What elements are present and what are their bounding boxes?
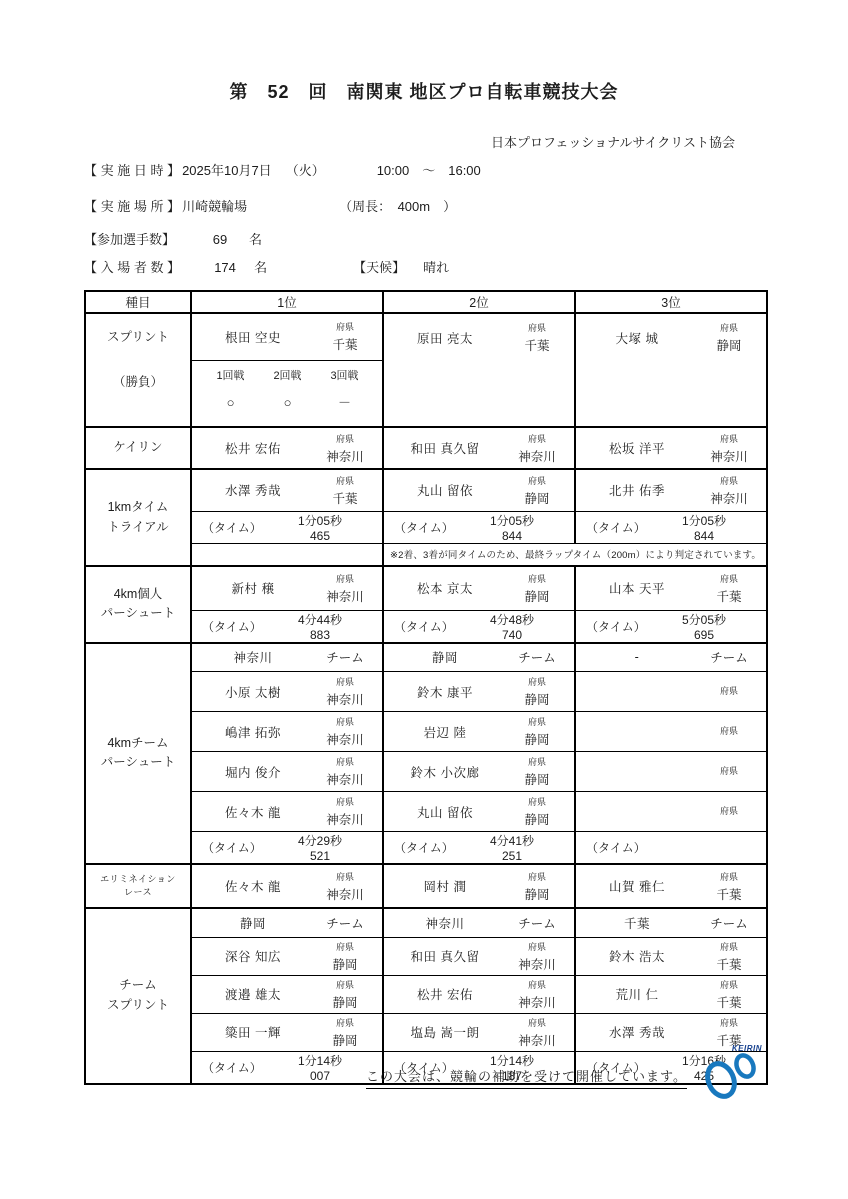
result-cell: 北井 佑季府県神奈川	[575, 469, 767, 511]
time-value: 1分05秒844	[672, 512, 766, 543]
team-cell: -チーム	[575, 643, 767, 672]
team-label: チーム	[326, 648, 364, 666]
result-cell: 松井 宏佑府県神奈川	[383, 975, 575, 1013]
keirin-logo-ring-large	[703, 1059, 740, 1100]
rider-name: 和田 真久留	[384, 439, 506, 457]
results-table: 種目 1位 2位 3位 スプリント （勝負） 根田 空史府県千葉 原田 亮太府県…	[84, 290, 768, 1085]
rider-name: 丸山 留依	[384, 803, 506, 821]
prefecture-label: 府県	[336, 870, 354, 883]
team-cell: 静岡チーム	[191, 908, 383, 937]
time-cell: （タイム）4分41秒251	[383, 832, 575, 865]
weather-label: 【天候】	[353, 260, 405, 275]
prefecture-label: 府県	[528, 432, 546, 445]
result-cell: 山賀 雅仁府県千葉	[575, 864, 767, 908]
prefecture-value: 神奈川	[710, 447, 748, 465]
rider-name: 嶋津 拓弥	[192, 723, 314, 741]
result-cell: 府県	[575, 792, 767, 832]
info-line-date: 【 実 施 日 時 】2025年10月7日（火）10:00 ～ 16:00	[84, 160, 481, 179]
time-range: 10:00 ～ 16:00	[377, 163, 481, 178]
header-event: 種目	[85, 291, 191, 313]
time-cell: （タイム）	[575, 832, 767, 865]
result-cell: 府県	[575, 712, 767, 752]
prefecture-label: 府県	[528, 795, 546, 808]
prefecture-value: 神奈川	[326, 447, 364, 465]
info-line-place: 【 実 施 場 所 】川崎競輪場（周長： 400m ）	[84, 196, 456, 215]
prefecture-value: 静岡	[524, 885, 549, 903]
event-name: トライアル	[107, 520, 168, 534]
rider-name: 岡村 潤	[384, 877, 506, 895]
time-value: 4分48秒740	[480, 611, 574, 642]
event-cell-team-sprint: チームスプリント	[85, 908, 191, 1084]
result-cell: 大塚 城府県静岡	[575, 313, 767, 427]
prefecture-value: 千葉	[332, 335, 357, 353]
team-label: チーム	[518, 648, 556, 666]
event-cell-sprint: スプリント （勝負）	[85, 313, 191, 427]
prefecture-label: 府県	[528, 321, 546, 334]
time-cell: （タイム）5分05秒695	[575, 610, 767, 643]
prefecture-label: 府県	[528, 940, 546, 953]
time-cell: （タイム）1分14秒007	[191, 1051, 383, 1084]
info-line-attendance: 【 入 場 者 数 】174名【天候】晴れ	[84, 257, 449, 276]
result-cell: 佐々木 龍府県神奈川	[191, 792, 383, 832]
event-name: パーシュート	[101, 755, 176, 769]
rider-name: 松坂 洋平	[576, 439, 698, 457]
prefecture-value: 静岡	[524, 730, 549, 748]
team-label: チーム	[518, 914, 556, 932]
prefecture-value: 神奈川	[326, 885, 364, 903]
prefecture-label: 府県	[720, 870, 738, 883]
attendance-value: 174	[202, 260, 248, 275]
team-name: 千葉	[576, 914, 698, 932]
time-label: （タイム）	[576, 618, 672, 635]
rider-name: 松本 京太	[384, 579, 506, 597]
prefecture-label: 府県	[336, 940, 354, 953]
prefecture-label: 府県	[528, 870, 546, 883]
prefecture-value: 静岡	[332, 955, 357, 973]
time-label: （タイム）	[576, 519, 672, 536]
result-cell: 根田 空史府県千葉	[191, 313, 383, 360]
prefecture-label: 府県	[336, 1016, 354, 1029]
prefecture-label: 府県	[720, 684, 738, 697]
event-name: スプリント	[107, 998, 169, 1012]
prefecture-value: 静岡	[524, 587, 549, 605]
rider-name: 塩島 嵩一朗	[384, 1023, 506, 1041]
rider-name: 水澤 秀哉	[576, 1023, 698, 1041]
time-label: （タイム）	[192, 519, 288, 536]
rider-name: 新村 穣	[192, 579, 314, 597]
prefecture-value: 千葉	[716, 885, 741, 903]
round-result: －	[316, 392, 373, 411]
prefecture-value: 神奈川	[518, 993, 556, 1011]
prefecture-value: 神奈川	[326, 690, 364, 708]
rider-name: 大塚 城	[576, 329, 698, 347]
prefecture-label: 府県	[336, 675, 354, 688]
lap-length: （周長： 400m ）	[339, 199, 456, 214]
attendance-unit: 名	[254, 260, 267, 275]
rider-name: 山賀 雅仁	[576, 877, 698, 895]
table-row: 4kmチームパーシュート 神奈川チーム 静岡チーム -チーム	[85, 643, 767, 672]
event-subname: （勝負）	[86, 361, 190, 405]
prefecture-label: 府県	[720, 432, 738, 445]
table-row: 4km個人パーシュート 新村 穣府県神奈川 松本 京太府県静岡 山本 天平府県千…	[85, 566, 767, 610]
rider-name: 松井 宏佑	[384, 985, 506, 1003]
event-cell-individual-pursuit: 4km個人パーシュート	[85, 566, 191, 643]
rider-name: 小原 太樹	[192, 683, 314, 701]
prefecture-value: 千葉	[716, 587, 741, 605]
result-cell: 松井 宏佑府県神奈川	[191, 427, 383, 469]
rider-name: 佐々木 龍	[192, 803, 314, 821]
team-name: 神奈川	[384, 914, 506, 932]
participants-label: 【参加選手数】	[84, 232, 175, 247]
time-label: （タイム）	[192, 618, 288, 635]
table-row: スプリント （勝負） 根田 空史府県千葉 原田 亮太府県千葉 大塚 城府県静岡	[85, 313, 767, 360]
result-cell: 塩島 嵩一朗府県神奈川	[383, 1013, 575, 1051]
sprint-rounds: 1回戦2回戦3回戦 ○○－	[192, 361, 382, 412]
date-weekday: （火）	[286, 163, 325, 178]
result-cell: 府県	[575, 752, 767, 792]
rider-name: 堀内 俊介	[192, 763, 314, 781]
prefecture-label: 府県	[336, 795, 354, 808]
rider-name: 鈴木 浩太	[576, 947, 698, 965]
result-cell: 小原 太樹府県神奈川	[191, 672, 383, 712]
prefecture-label: 府県	[720, 724, 738, 737]
result-cell: 丸山 留依府県静岡	[383, 792, 575, 832]
prefecture-value: 神奈川	[326, 730, 364, 748]
prefecture-value: 神奈川	[518, 447, 556, 465]
result-cell: 嶋津 拓弥府県神奈川	[191, 712, 383, 752]
time-value: 1分05秒465	[288, 512, 382, 543]
prefecture-value: 静岡	[524, 810, 549, 828]
result-cell: 府県	[575, 672, 767, 712]
prefecture-value: 神奈川	[326, 587, 364, 605]
round-label: 2回戦	[259, 367, 316, 383]
time-value: 5分05秒695	[672, 611, 766, 642]
round-result: ○	[202, 395, 259, 410]
prefecture-label: 府県	[336, 715, 354, 728]
time-value: 4分44秒883	[288, 611, 382, 642]
result-cell: 山本 天平府県千葉	[575, 566, 767, 610]
result-cell: 岩辺 陸府県静岡	[383, 712, 575, 752]
prefecture-label: 府県	[720, 804, 738, 817]
prefecture-label: 府県	[336, 432, 354, 445]
event-name: レース	[124, 887, 152, 897]
result-cell: 新村 穣府県神奈川	[191, 566, 383, 610]
document-page: 第 52 回 南関東 地区プロ自転車競技大会 日本プロフェッショナルサイクリスト…	[0, 0, 848, 1199]
prefecture-label: 府県	[528, 572, 546, 585]
prefecture-value: 神奈川	[518, 955, 556, 973]
result-cell: 岡村 潤府県静岡	[383, 864, 575, 908]
table-row: チームスプリント 静岡チーム 神奈川チーム 千葉チーム	[85, 908, 767, 937]
round-label: 3回戦	[316, 367, 373, 383]
prefecture-value: 神奈川	[326, 770, 364, 788]
team-name: 神奈川	[192, 648, 314, 666]
prefecture-label: 府県	[720, 764, 738, 777]
header-row: 種目 1位 2位 3位	[85, 291, 767, 313]
rider-name: 丸山 留依	[384, 481, 506, 499]
prefecture-label: 府県	[336, 978, 354, 991]
result-cell: 鈴木 小次廊府県静岡	[383, 752, 575, 792]
tiebreak-note: ※2着、3着が同タイムのため、最終ラップタイム（200m）により判定されています…	[384, 547, 766, 561]
place-value: 川崎競輪場	[182, 199, 247, 214]
prefecture-label: 府県	[720, 1016, 738, 1029]
prefecture-label: 府県	[720, 940, 738, 953]
prefecture-label: 府県	[336, 320, 354, 333]
result-cell: 水澤 秀哉府県千葉	[191, 469, 383, 511]
team-name: 静岡	[192, 914, 314, 932]
time-cell: （タイム）4分48秒740	[383, 610, 575, 643]
prefecture-value: 静岡	[716, 336, 741, 354]
result-cell: 堀内 俊介府県神奈川	[191, 752, 383, 792]
time-value: 4分41秒251	[480, 832, 574, 863]
time-cell: （タイム）1分05秒844	[383, 511, 575, 543]
rider-name: 根田 空史	[192, 328, 314, 346]
prefecture-label: 府県	[336, 572, 354, 585]
prefecture-label: 府県	[720, 474, 738, 487]
result-cell: 松坂 洋平府県神奈川	[575, 427, 767, 469]
round-label: 1回戦	[202, 367, 259, 383]
result-cell: 荒川 仁府県千葉	[575, 975, 767, 1013]
table-row: エリミネイションレース 佐々木 龍府県神奈川 岡村 潤府県静岡 山賀 雅仁府県千…	[85, 864, 767, 908]
time-label: （タイム）	[192, 839, 288, 856]
header-first-place: 1位	[191, 291, 383, 313]
prefecture-value: 静岡	[524, 770, 549, 788]
result-cell: 鈴木 康平府県静岡	[383, 672, 575, 712]
event-cell-elimination: エリミネイションレース	[85, 864, 191, 908]
prefecture-label: 府県	[720, 321, 738, 334]
prefecture-label: 府県	[336, 755, 354, 768]
table-row: ケイリン 松井 宏佑府県神奈川 和田 真久留府県神奈川 松坂 洋平府県神奈川	[85, 427, 767, 469]
prefecture-value: 静岡	[332, 993, 357, 1011]
time-cell: （タイム）1分05秒844	[575, 511, 767, 543]
header-second-place: 2位	[383, 291, 575, 313]
header-third-place: 3位	[575, 291, 767, 313]
time-label: （タイム）	[192, 1059, 288, 1076]
rider-name: 簗田 一輝	[192, 1023, 314, 1041]
rider-name: 深谷 知広	[192, 947, 314, 965]
sprint-rounds-cell: 1回戦2回戦3回戦 ○○－	[191, 360, 383, 427]
rider-name: 水澤 秀哉	[192, 481, 314, 499]
result-cell: 和田 真久留府県神奈川	[383, 427, 575, 469]
team-name: -	[576, 650, 698, 664]
result-cell: 渡邉 雄太府県静岡	[191, 975, 383, 1013]
event-name: エリミネイション	[100, 874, 176, 884]
sponsor-note: この大会は、競輪の補助を受けて開催しています。	[366, 1066, 687, 1089]
event-name: ケイリン	[113, 440, 162, 454]
rider-name: 荒川 仁	[576, 985, 698, 1003]
table-row: 1kmタイムトライアル 水澤 秀哉府県千葉 丸山 留依府県静岡 北井 佑季府県神…	[85, 469, 767, 511]
team-cell: 神奈川チーム	[383, 908, 575, 937]
event-name: 1kmタイム	[108, 500, 169, 514]
team-cell: 千葉チーム	[575, 908, 767, 937]
prefecture-value: 千葉	[716, 993, 741, 1011]
result-cell: 簗田 一輝府県静岡	[191, 1013, 383, 1051]
attendance-label: 【 入 場 者 数 】	[84, 260, 180, 275]
event-name: 4km個人	[114, 587, 163, 601]
event-name: チーム	[119, 978, 157, 992]
result-cell: 原田 亮太府県千葉	[383, 313, 575, 427]
document-title: 第 52 回 南関東 地区プロ自転車競技大会	[0, 78, 848, 104]
prefecture-label: 府県	[528, 1016, 546, 1029]
info-line-participants: 【参加選手数】69名	[84, 229, 262, 248]
time-value: 1分05秒844	[480, 512, 574, 543]
event-name: スプリント	[86, 314, 190, 361]
prefecture-value: 千葉	[716, 955, 741, 973]
participants-unit: 名	[249, 232, 262, 247]
rider-name: 鈴木 小次廊	[384, 763, 506, 781]
time-label: （タイム）	[384, 519, 480, 536]
participants-value: 69	[197, 232, 243, 247]
event-cell-1km-tt: 1kmタイムトライアル	[85, 469, 191, 566]
rider-name: 北井 佑季	[576, 481, 698, 499]
organization-name: 日本プロフェッショナルサイクリスト協会	[491, 132, 735, 151]
event-cell-keirin: ケイリン	[85, 427, 191, 469]
weather-value: 晴れ	[423, 260, 449, 275]
rider-name: 松井 宏佑	[192, 439, 314, 457]
event-name: パーシュート	[101, 606, 176, 620]
prefecture-label: 府県	[720, 978, 738, 991]
team-label: チーム	[710, 914, 748, 932]
time-cell: （タイム）4分44秒883	[191, 610, 383, 643]
prefecture-value: 静岡	[524, 489, 549, 507]
result-cell: 鈴木 浩太府県千葉	[575, 937, 767, 975]
place-label: 【 実 施 場 所 】	[84, 199, 180, 214]
keirin-logo: KEIRIN	[698, 1042, 766, 1104]
prefecture-label: 府県	[528, 755, 546, 768]
keirin-logo-ring-small	[733, 1053, 757, 1080]
rider-name: 佐々木 龍	[192, 877, 314, 895]
prefecture-value: 千葉	[524, 336, 549, 354]
prefecture-label: 府県	[528, 474, 546, 487]
team-cell: 静岡チーム	[383, 643, 575, 672]
date-value: 2025年10月7日	[182, 163, 272, 178]
rider-name: 和田 真久留	[384, 947, 506, 965]
team-name: 静岡	[384, 648, 506, 666]
prefecture-value: 神奈川	[326, 810, 364, 828]
keirin-logo-text: KEIRIN	[732, 1044, 762, 1053]
prefecture-label: 府県	[528, 978, 546, 991]
prefecture-value: 神奈川	[710, 489, 748, 507]
result-cell: 深谷 知広府県静岡	[191, 937, 383, 975]
result-cell: 丸山 留依府県静岡	[383, 469, 575, 511]
team-label: チーム	[326, 914, 364, 932]
tiebreak-note-cell: ※2着、3着が同タイムのため、最終ラップタイム（200m）により判定されています…	[383, 543, 767, 566]
rider-name: 原田 亮太	[384, 329, 506, 347]
rider-name: 山本 天平	[576, 579, 698, 597]
round-result: ○	[259, 395, 316, 410]
result-cell: 佐々木 龍府県神奈川	[191, 864, 383, 908]
prefecture-value: 静岡	[332, 1031, 357, 1049]
result-cell: 和田 真久留府県神奈川	[383, 937, 575, 975]
result-cell: 松本 京太府県静岡	[383, 566, 575, 610]
event-cell-team-pursuit: 4kmチームパーシュート	[85, 643, 191, 865]
time-label: （タイム）	[384, 618, 480, 635]
team-label: チーム	[710, 648, 748, 666]
rider-name: 鈴木 康平	[384, 683, 506, 701]
prefecture-label: 府県	[336, 474, 354, 487]
team-cell: 神奈川チーム	[191, 643, 383, 672]
time-label: （タイム）	[576, 839, 672, 856]
prefecture-label: 府県	[528, 715, 546, 728]
time-cell: （タイム）4分29秒521	[191, 832, 383, 865]
prefecture-value: 静岡	[524, 690, 549, 708]
prefecture-label: 府県	[720, 572, 738, 585]
prefecture-label: 府県	[528, 675, 546, 688]
event-name: 4kmチーム	[107, 736, 168, 750]
time-cell: （タイム）1分05秒465	[191, 511, 383, 543]
prefecture-value: 千葉	[332, 489, 357, 507]
empty-cell	[191, 543, 383, 566]
rider-name: 岩辺 陸	[384, 723, 506, 741]
date-label: 【 実 施 日 時 】	[84, 163, 180, 178]
prefecture-value: 神奈川	[518, 1031, 556, 1049]
rider-name: 渡邉 雄太	[192, 985, 314, 1003]
time-label: （タイム）	[384, 839, 480, 856]
time-value: 4分29秒521	[288, 832, 382, 863]
